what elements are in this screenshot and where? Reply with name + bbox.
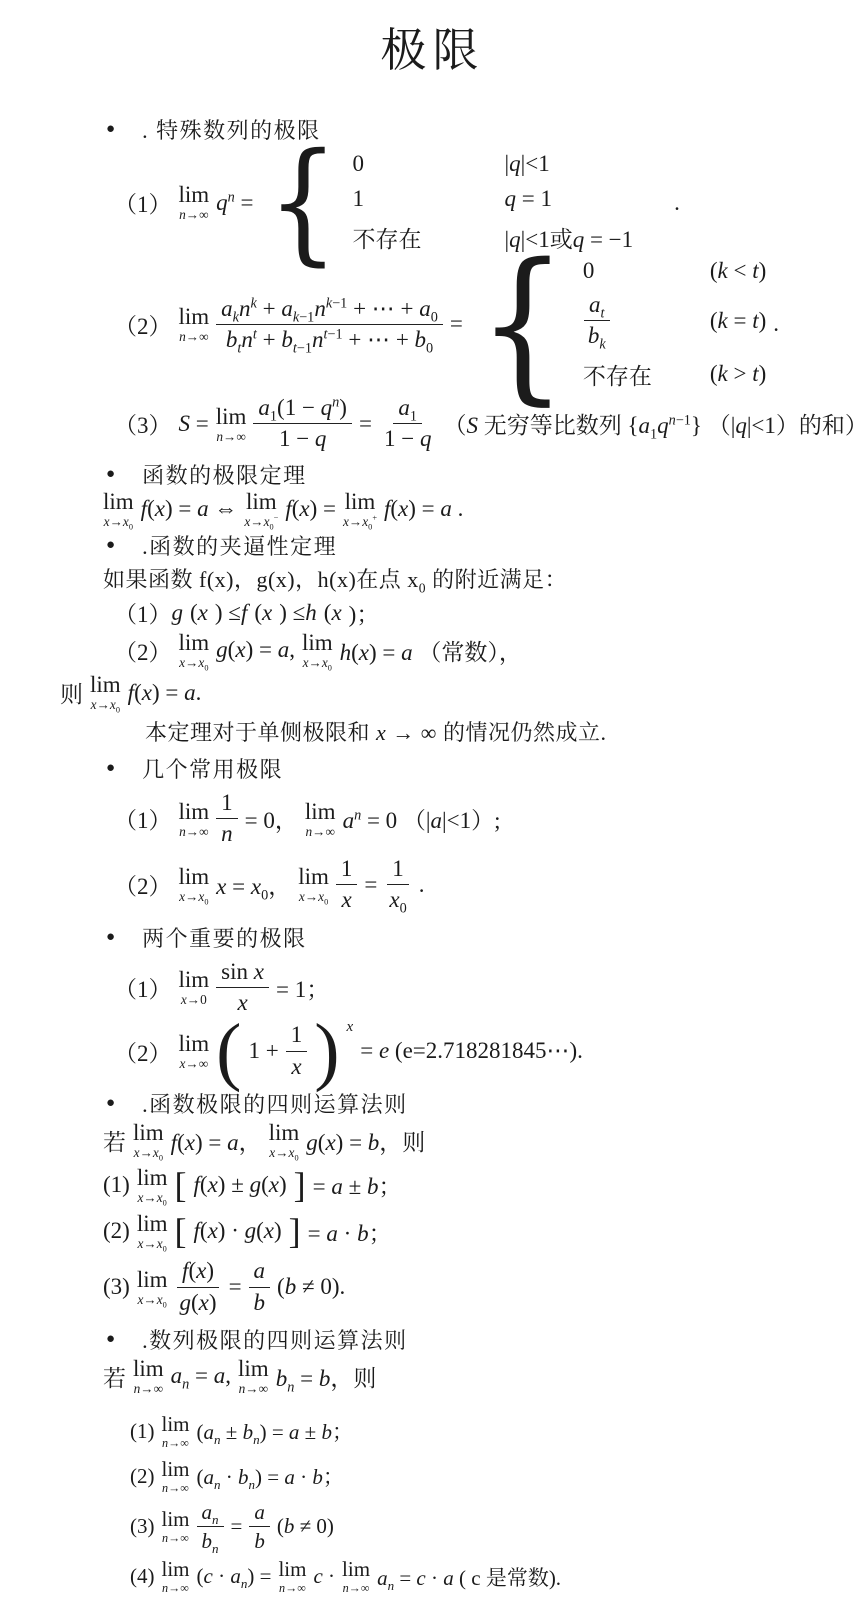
exponent: x: [347, 1019, 354, 1036]
limit-operator: lim n→∞: [342, 1559, 370, 1594]
fraction: 1 x: [336, 856, 358, 914]
item-number: （1）: [114, 802, 172, 835]
item-number: (1): [103, 1172, 130, 1198]
case-row: at bk (k = t): [583, 292, 766, 350]
left-bracket: [: [175, 1169, 187, 1201]
limit-subscript: n→∞: [162, 1482, 189, 1494]
limit-subscript: x→x0: [269, 1146, 298, 1159]
formula-function-rules-premise: 若 lim x→x0 f(x) = a， lim x→x0 g(x) = b，则: [103, 1121, 865, 1159]
section-function-limit-rules: ● .函数极限的四则运算法则: [106, 1088, 865, 1119]
limit-operator: lim n→∞: [179, 800, 210, 838]
item-number: （3）: [114, 407, 172, 440]
math-run: f(x) =: [285, 496, 336, 522]
bullet-icon: ●: [106, 761, 115, 776]
lim-word: lim: [298, 865, 329, 888]
numerator: at: [584, 292, 609, 321]
lim-word: lim: [179, 183, 210, 206]
lim-word: lim: [179, 1032, 210, 1055]
line-tail: bn = b，则: [276, 1360, 377, 1393]
formula-sequence-rules-premise: 若 lim n→∞ an = a, lim n→∞ bn = b，则: [103, 1357, 865, 1395]
limit-operator: lim x→x0: [302, 631, 333, 669]
limit-operator: lim n→∞: [162, 1509, 190, 1544]
case-condition: q = 1: [505, 186, 552, 212]
formula-function-quotient-rule: (3) lim x→x0 f(x) g(x) = a b (b ≠ 0).: [103, 1258, 865, 1316]
lim-word: lim: [238, 1357, 269, 1380]
formula-sequence-sum-rule: (1) lim n→∞ (an ± bn) = a ± b；: [130, 1414, 865, 1449]
limit-operator: lim x→x0: [133, 1121, 164, 1159]
limit-operator: lim n→∞: [162, 1559, 190, 1594]
limit-operator: lim n→∞: [238, 1357, 269, 1395]
fraction: sin x x: [216, 959, 269, 1017]
numerator: sin x: [216, 959, 269, 988]
case-condition: (k > t): [710, 361, 766, 387]
fraction: an bn: [197, 1500, 224, 1553]
line-tail: = 1；: [276, 971, 329, 1004]
left-brace: {: [267, 153, 338, 252]
limit-operator: lim n→∞: [278, 1559, 306, 1594]
numerator: a: [249, 1500, 270, 1527]
section-heading: .函数极限的四则运算法则: [142, 1088, 408, 1119]
limit-operator: lim x→x0: [103, 490, 134, 528]
line-tail: = e (e=2.718281845⋯).: [360, 1038, 583, 1064]
formula-function-product-rule: (2) lim x→x0 [ f(x) · g(x) ] = a · b；: [103, 1212, 865, 1250]
math-run: 则: [60, 676, 83, 709]
limit-subscript: x→x0: [138, 1191, 167, 1204]
lim-word: lim: [162, 1509, 190, 1530]
limit-operator: lim n→∞: [179, 183, 210, 221]
formula-common-limit-2: （2） lim x→x0 x = x0， lim x→x0 1 x = 1 x0…: [114, 856, 865, 914]
denominator: g(x): [175, 1288, 222, 1316]
item-number: (3): [130, 1514, 155, 1539]
limit-subscript: n→∞: [179, 330, 209, 343]
lim-word: lim: [342, 1559, 370, 1580]
denominator: 1 − q: [379, 424, 436, 452]
math-run: qn =: [216, 190, 253, 216]
math-run: x = x0，: [216, 868, 291, 901]
line-tail: .: [674, 190, 680, 216]
formula-squeeze-limits: （2） lim x→x0 g(x) = a, lim x→x0 h(x) = a…: [114, 631, 865, 669]
limit-operator: lim x→x0: [137, 1268, 168, 1306]
limit-subscript: x→x0+: [343, 515, 377, 528]
document-page: 极限 ● . 特殊数列的极限 （1） lim n→∞ qn = { 0 |q|<…: [0, 0, 865, 1621]
formula-squeeze-inequality: （1）g(x) ≤ f(x) ≤ h(x)；: [114, 596, 865, 629]
numerator: f(x): [177, 1258, 219, 1287]
numerator: an: [197, 1500, 224, 1527]
limit-operator: lim x→x0+: [343, 490, 377, 528]
lim-word: lim: [179, 631, 210, 654]
numerator: aknk + ak−1nk−1 + ⋯ + a0: [216, 296, 443, 325]
equals-sign: =: [231, 1514, 243, 1539]
fraction: a1 1 − q: [379, 395, 436, 453]
fraction: at bk: [583, 292, 611, 350]
math-run: 若: [103, 1124, 126, 1157]
section-heading: 两个重要的极限: [142, 922, 307, 953]
lim-word: lim: [133, 1357, 164, 1380]
page-title: 极限: [0, 0, 865, 80]
case-condition: (k = t): [710, 308, 766, 334]
limit-operator: lim x→∞: [179, 1032, 210, 1070]
line-tail: (b ≠ 0): [277, 1514, 334, 1539]
case-value: 不存在: [583, 358, 710, 391]
limit-operator: lim n→∞: [162, 1459, 190, 1494]
fraction: 1 n: [216, 790, 238, 848]
bullet-icon: ●: [106, 467, 115, 482]
item-number: （2）: [114, 868, 172, 901]
limit-subscript: n→∞: [216, 430, 246, 443]
equals-sign: =: [359, 411, 372, 437]
line-tail: (an ± bn) = a ± b；: [197, 1416, 353, 1446]
limit-operator: lim n→∞: [133, 1357, 164, 1395]
fraction: 1 x0: [384, 856, 411, 914]
lim-word: lim: [179, 305, 210, 328]
limit-subscript: x→x0: [134, 1146, 163, 1159]
case-value: 1: [353, 186, 505, 212]
line-tail: an = c · a ( c 是常数).: [377, 1562, 561, 1592]
fraction: a b: [249, 1258, 271, 1316]
line-tail: f(x) = a.: [128, 680, 202, 706]
limit-subscript: x→x0: [179, 656, 208, 669]
formula-squeeze-conclusion: 则 lim x→x0 f(x) = a.: [60, 673, 865, 711]
lim-word: lim: [137, 1268, 168, 1291]
section-important-limits: ● 两个重要的极限: [106, 922, 865, 953]
case-row: 不存在 (k > t): [583, 358, 766, 391]
line-tail: = a · b；: [308, 1215, 392, 1248]
denominator: n: [216, 819, 238, 847]
formula-two-sided-limit: lim x→x0 f(x) = a ⇔ lim x→x0− f(x) = lim…: [103, 490, 865, 528]
denominator: bn: [197, 1527, 224, 1553]
limit-subscript: n→∞: [305, 825, 335, 838]
denominator: x0: [384, 885, 411, 913]
equals-sign: =: [364, 872, 377, 898]
right-paren: ): [314, 1025, 339, 1078]
limit-subscript: x→x0: [138, 1293, 167, 1306]
numerator: a1: [393, 395, 422, 424]
limit-operator: lim x→x0: [298, 865, 329, 903]
numerator: 1: [387, 856, 409, 885]
lim-word: lim: [216, 405, 247, 428]
limit-subscript: n→∞: [134, 1382, 164, 1395]
lim-word: lim: [162, 1459, 190, 1480]
lim-word: lim: [179, 865, 210, 888]
fraction: f(x) g(x): [175, 1258, 222, 1316]
limit-operator: lim x→x0−: [244, 490, 278, 528]
lim-word: lim: [90, 673, 121, 696]
limit-operator: lim n→∞: [305, 800, 336, 838]
equals-sign: =: [450, 311, 463, 337]
limit-subscript: n→∞: [162, 1437, 189, 1449]
math-run: g(x) = a,: [216, 637, 295, 663]
fraction: 1 x: [286, 1022, 308, 1080]
right-bracket: ]: [289, 1215, 301, 1247]
item-number: (3): [103, 1274, 130, 1300]
limit-subscript: n→∞: [162, 1582, 189, 1594]
limit-subscript: x→x0: [299, 890, 328, 903]
line-tail: .: [419, 872, 425, 898]
equals-sign: =: [229, 1274, 242, 1300]
bullet-icon: ●: [106, 1332, 115, 1347]
right-bracket: ]: [294, 1169, 306, 1201]
denominator: x: [286, 1052, 306, 1080]
limit-subscript: x→x0: [303, 656, 332, 669]
math-run: 若: [103, 1360, 126, 1393]
limit-subscript: x→x0: [179, 890, 208, 903]
lim-word: lim: [246, 490, 277, 513]
limit-subscript: x→x0: [138, 1237, 167, 1250]
item-number: （1）: [114, 186, 172, 219]
left-paren: (: [216, 1025, 241, 1078]
squeeze-note-text: 本定理对于单侧极限和 x → ∞ 的情况仍然成立.: [145, 716, 865, 747]
line-tail: .: [773, 311, 779, 337]
limit-subscript: n→∞: [179, 825, 209, 838]
math-run: f(x) = a，: [171, 1124, 262, 1157]
limit-operator: lim x→x0: [137, 1212, 168, 1250]
fraction: a1(1 − qn) 1 − q: [253, 395, 352, 453]
math-run: 1 +: [248, 1038, 278, 1064]
math-run: (c · an) =: [197, 1564, 272, 1589]
formula-rational-limit: （2） lim n→∞ aknk + ak−1nk−1 + ⋯ + a0 btn…: [114, 258, 865, 391]
section-heading: .函数的夹逼性定理: [142, 530, 337, 561]
limit-subscript: x→x0: [104, 515, 133, 528]
line-tail: h(x) = a （常数），: [340, 634, 522, 667]
item-number: (1): [130, 1419, 155, 1444]
lim-word: lim: [162, 1414, 190, 1435]
cases-group: { 0 |q|<1 1 q = 1 不存在 |q|<1或q = −1: [261, 151, 634, 254]
lim-word: lim: [179, 968, 210, 991]
denominator: btnt + bt−1nt−1 + ⋯ + b0: [221, 325, 438, 353]
math-run: S =: [179, 411, 209, 437]
limit-operator: lim n→∞: [216, 405, 247, 443]
case-value: 0: [583, 258, 710, 284]
limit-subscript: x→x0−: [244, 515, 278, 528]
limit-operator: lim n→∞: [162, 1414, 190, 1449]
formula-common-limit-1: （1） lim n→∞ 1 n = 0， lim n→∞ an = 0 （|a|…: [114, 790, 865, 848]
case-value: at bk: [583, 292, 710, 350]
lim-word: lim: [162, 1559, 190, 1580]
left-brace: {: [478, 263, 567, 387]
section-function-limit-theorem: ● 函数的极限定理: [106, 459, 865, 490]
math-run: f(x) ± g(x): [194, 1172, 287, 1198]
lim-word: lim: [278, 1559, 306, 1580]
denominator: b: [249, 1527, 270, 1553]
lim-word: lim: [137, 1166, 168, 1189]
math-run: = 0，: [245, 802, 298, 835]
limit-operator: lim n→∞: [179, 305, 210, 343]
limit-operator: lim x→x0: [179, 865, 210, 903]
limit-operator: lim x→x0: [269, 1121, 300, 1159]
math-run: f(x) = a ⇔: [141, 496, 238, 522]
item-number: （2）: [114, 1035, 172, 1068]
line-tail: g(x) = b，则: [306, 1124, 425, 1157]
line-tail: (an · bn) = a · b；: [197, 1461, 344, 1491]
item-number: (2): [130, 1464, 155, 1489]
bullet-icon: ●: [106, 930, 115, 945]
item-number: （2）: [114, 634, 172, 667]
lim-word: lim: [269, 1121, 300, 1144]
section-heading: 函数的极限定理: [142, 459, 307, 490]
case-row: 0 (k < t): [583, 258, 766, 284]
lim-word: lim: [133, 1121, 164, 1144]
formula-sinx-over-x: （1） lim x→0 sin x x = 1；: [114, 959, 865, 1017]
fraction: a b: [249, 1500, 270, 1553]
denominator: bk: [583, 321, 611, 349]
case-row: 0 |q|<1: [353, 151, 634, 177]
section-squeeze-theorem: ● .函数的夹逼性定理: [106, 530, 865, 561]
lim-word: lim: [302, 631, 333, 654]
item-number: （2）: [114, 308, 172, 341]
lim-word: lim: [103, 490, 134, 513]
section-sequence-limit-rules: ● .数列极限的四则运算法则: [106, 1324, 865, 1355]
item-number: (2): [103, 1218, 130, 1244]
limit-operator: lim x→x0: [179, 631, 210, 669]
section-special-sequences: ● . 特殊数列的极限: [106, 114, 865, 145]
limit-subscript: n→∞: [162, 1532, 189, 1544]
line-tail: = a ± b；: [313, 1168, 402, 1201]
bullet-icon: ●: [106, 538, 115, 553]
section-heading: 几个常用极限: [142, 753, 283, 784]
case-row: 1 q = 1: [353, 186, 634, 212]
numerator: 1: [216, 790, 238, 819]
denominator: x: [337, 885, 357, 913]
section-heading: .数列极限的四则运算法则: [142, 1324, 408, 1355]
limit-subscript: x→∞: [179, 1057, 208, 1070]
limit-subscript: x→0: [181, 993, 207, 1006]
numerator: a: [249, 1258, 271, 1287]
numerator: 1: [286, 1022, 308, 1051]
formula-sequence-product-rule: (2) lim n→∞ (an · bn) = a · b；: [130, 1459, 865, 1494]
limit-operator: lim x→x0: [137, 1166, 168, 1204]
squeeze-intro-text: 如果函数 f(x)，g(x)，h(x)在点 x0 的附近满足：: [103, 563, 865, 594]
numerator: 1: [336, 856, 358, 885]
line-tail: (b ≠ 0).: [277, 1274, 345, 1300]
fraction: aknk + ak−1nk−1 + ⋯ + a0 btnt + bt−1nt−1…: [216, 296, 443, 354]
line-tail: an = 0 （|a|<1）;: [343, 802, 501, 835]
bullet-icon: ●: [106, 122, 115, 137]
limit-subscript: n→∞: [179, 208, 209, 221]
math-run: c ·: [313, 1564, 335, 1589]
limit-subscript: n→∞: [343, 1582, 370, 1594]
limit-subscript: n→∞: [279, 1582, 306, 1594]
lim-word: lim: [179, 800, 210, 823]
section-common-limits: ● 几个常用极限: [106, 753, 865, 784]
numerator: a1(1 − qn): [253, 395, 352, 424]
limit-operator: lim x→0: [179, 968, 210, 1006]
math-run: f(x) · g(x): [194, 1218, 282, 1244]
case-condition: (k < t): [710, 258, 766, 284]
case-value: 0: [353, 151, 505, 177]
math-run: an = a,: [171, 1363, 231, 1389]
formula-sequence-quotient-rule: (3) lim n→∞ an bn = a b (b ≠ 0): [130, 1500, 865, 1553]
lim-word: lim: [305, 800, 336, 823]
limit-subscript: n→∞: [239, 1382, 269, 1395]
line-tail: f(x) = a .: [384, 496, 463, 522]
limit-subscript: x→x0: [91, 698, 120, 711]
formula-e-limit: （2） lim x→∞ ( 1 + 1 x ) x = e (e=2.71828…: [114, 1022, 865, 1080]
left-bracket: [: [175, 1215, 187, 1247]
case-condition: |q|<1: [505, 151, 550, 177]
cases-group: { 0 (k < t) at bk (k = t) 不存在: [470, 258, 766, 391]
bullet-icon: ●: [106, 1096, 115, 1111]
denominator: b: [249, 1288, 271, 1316]
lim-word: lim: [137, 1212, 168, 1235]
formula-sequence-constant-rule: (4) lim n→∞ (c · an) = lim n→∞ c · lim n…: [130, 1559, 865, 1594]
item-number: （1）: [114, 971, 172, 1004]
limit-operator: lim x→x0: [90, 673, 121, 711]
case-rows: 0 (k < t) at bk (k = t) 不存在 (k > t): [583, 258, 766, 391]
lim-word: lim: [345, 490, 376, 513]
item-number: (4): [130, 1564, 155, 1589]
formula-function-sum-rule: (1) lim x→x0 [ f(x) ± g(x) ] = a ± b；: [103, 1166, 865, 1204]
denominator: 1 − q: [274, 424, 331, 452]
